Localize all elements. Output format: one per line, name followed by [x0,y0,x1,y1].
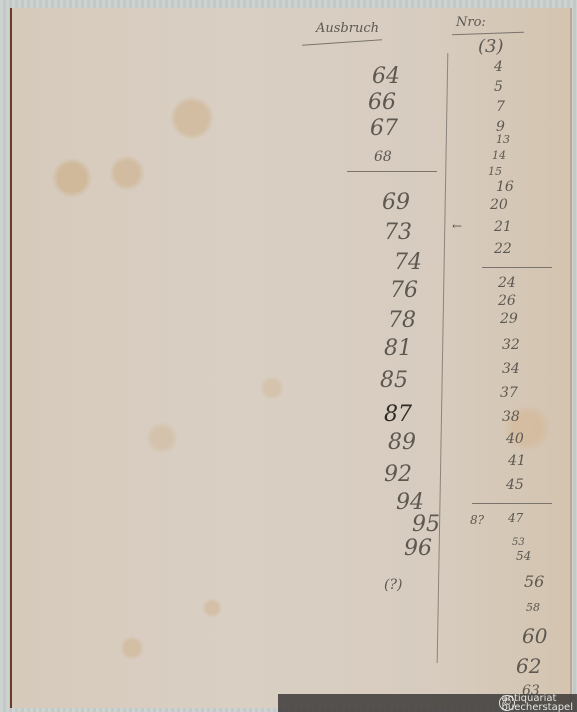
right-number: 4 [494,60,503,74]
right-number: 13 [496,134,510,145]
right-number: 7 [496,100,505,114]
right-number: (3) [478,38,504,56]
right-number: 24 [498,276,516,290]
left-column-heading: Ausbruch [316,22,379,35]
left-number: 81 [384,338,412,360]
right-number: 16 [496,180,514,194]
right-number: 26 [498,294,516,308]
right-number: 14 [492,150,506,161]
watermark-bar: © antiquariat buecherstapel [278,694,577,712]
right-number: 29 [500,312,518,326]
right-number: 32 [502,338,520,352]
right-number: 47 [508,512,523,524]
left-number: 67 [370,118,398,140]
right-number: 58 [526,602,540,613]
right-number: 60 [522,626,547,646]
heading-underline-left [302,39,382,46]
right-number: 37 [500,386,518,400]
right-number: 62 [516,656,541,676]
left-number: 68 [374,150,392,164]
right-number: 22 [494,242,512,256]
left-number: 69 [382,192,410,214]
left-number: (?) [384,578,402,592]
right-number: 34 [502,362,520,376]
right-number: 40 [506,432,524,446]
left-number: 94 [396,492,424,514]
right-number: 9 [496,120,505,134]
right-number: 54 [516,550,531,562]
right-number: 20 [490,198,508,212]
right-number: 15 [488,166,502,177]
left-number: 76 [390,280,418,302]
arrow-icon: ← [452,220,462,232]
right-number: 41 [508,454,526,468]
right-column-heading: Nro: [456,16,486,29]
right-number: 38 [502,410,520,424]
section-rule-left [347,171,437,172]
left-number: 95 [412,514,440,536]
right-number: 53 [512,538,525,548]
margin-mark: 8? [470,514,484,526]
section-rule-right-2 [472,503,552,504]
right-number: 21 [494,220,512,234]
left-number: 96 [404,538,432,560]
left-number: 73 [384,222,412,244]
left-number: 66 [368,92,396,114]
watermark-text: antiquariat buecherstapel [502,694,573,712]
right-number: 45 [506,478,524,492]
column-divider [437,53,449,663]
right-number: 56 [524,574,544,590]
left-number: 74 [394,252,422,274]
heading-underline-right [452,32,524,36]
right-number: 5 [494,80,503,94]
watermark-line2: buecherstapel [502,703,573,712]
left-number: 85 [380,370,408,392]
section-rule-right-1 [482,267,552,268]
left-number: 89 [388,432,416,454]
left-number: 92 [384,464,412,486]
left-number: 64 [372,66,400,88]
paper-page: Ausbruch Nro: 64 66 67 68 69 73 74 76 78… [12,8,570,708]
left-number: 78 [388,310,416,332]
left-number: 87 [384,404,412,426]
